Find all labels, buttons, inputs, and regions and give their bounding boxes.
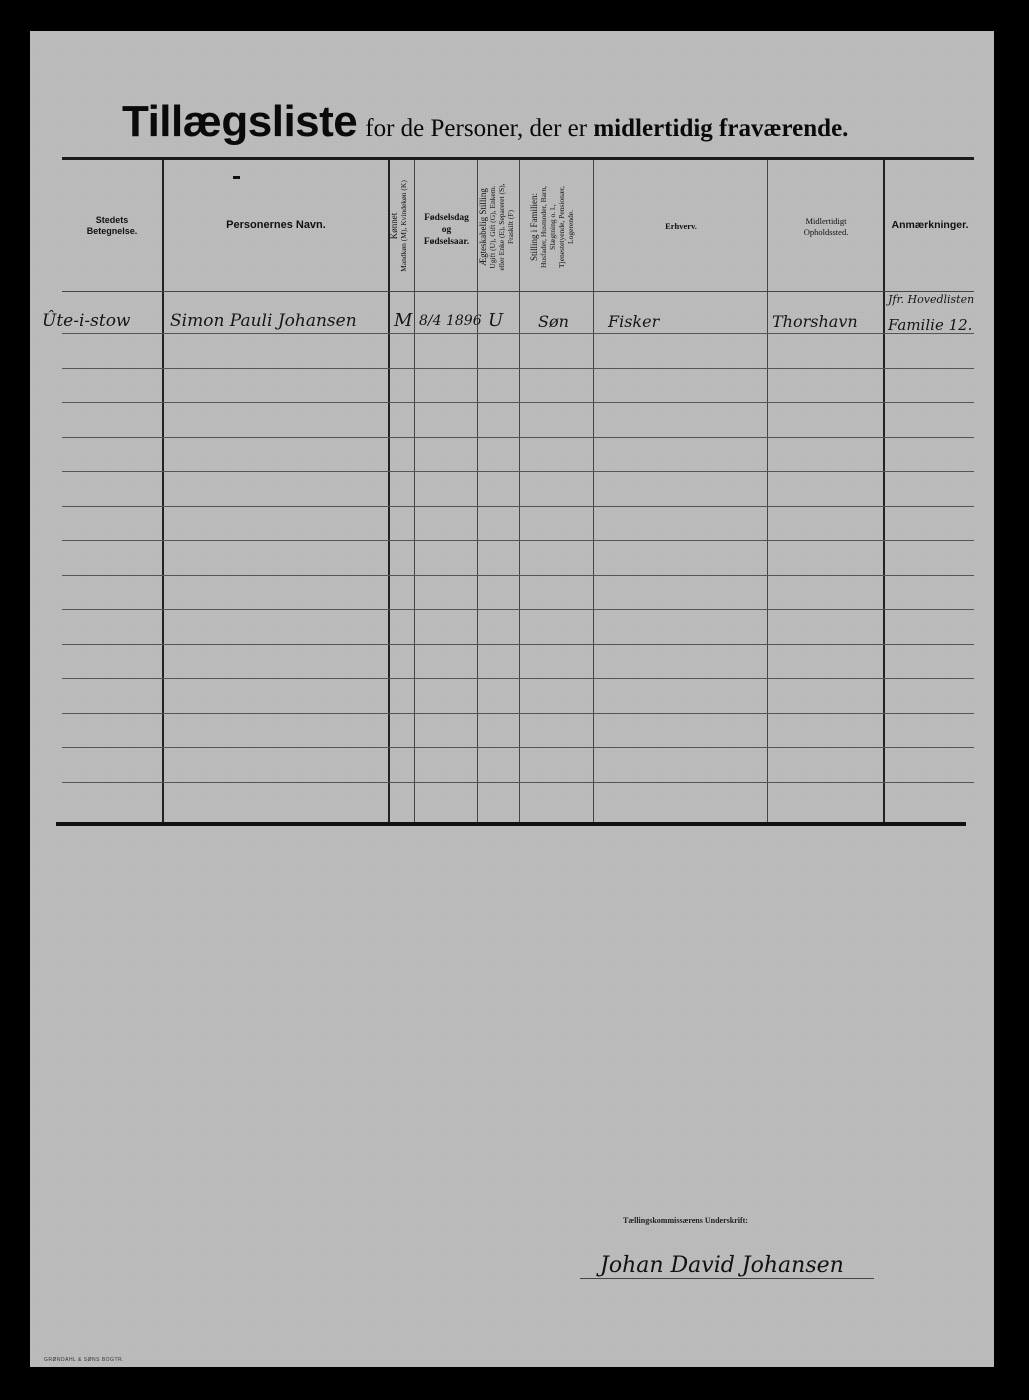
row-rule — [62, 678, 974, 679]
row-rule — [62, 540, 974, 541]
row-rule — [62, 575, 974, 576]
row-rule — [62, 333, 974, 334]
cell-erhverv: Fisker — [608, 312, 659, 331]
row-rule — [62, 713, 974, 714]
cell-stedets-betegnelse: Ûte-i-stow — [42, 311, 131, 331]
census-form-sheet: Tillægslistefor de Personer, der er midl… — [30, 31, 994, 1367]
cell-stilling-familien: Søn — [538, 312, 569, 331]
cell-personernes-navn: Simon Pauli Johansen — [170, 311, 357, 331]
row-rule — [62, 437, 974, 438]
column-divider — [593, 160, 594, 822]
table-top-rule — [62, 157, 974, 160]
printer-mark: GRØNDAHL & SØNS BOGTR. — [44, 1357, 124, 1363]
row-rule — [62, 782, 974, 783]
cell-midlertidigt-opholdssted: Thorshavn — [772, 312, 858, 331]
header-bottom-rule — [62, 291, 974, 292]
column-divider — [519, 160, 520, 822]
ink-mark — [233, 176, 240, 179]
form-title: Tillægslistefor de Personer, der er midl… — [122, 97, 848, 147]
column-divider — [162, 160, 164, 822]
enumerator-signature: Johan David Johansen — [580, 1253, 874, 1279]
row-rule — [62, 506, 974, 507]
row-rule — [62, 471, 974, 472]
cell-anmaerkninger-line1: Jfr. Hovedlisten — [888, 293, 974, 306]
table-bottom-rule — [56, 822, 966, 826]
form-title-subtitle: for de Personer, der er midlertidig frav… — [365, 115, 848, 142]
col-header-anmaerkninger: Anmærkninger. — [885, 216, 975, 236]
col-header-aegteskabelig-stilling: Ægteskabelig Stilling Ugift (U), Gift (G… — [479, 167, 519, 287]
column-divider — [414, 160, 415, 822]
row-rule — [62, 368, 974, 369]
col-header-fodselsdag: FødselsdagogFødselsaar. — [416, 201, 477, 261]
cell-aegteskabelig: U — [488, 310, 503, 331]
col-header-midlertidigt-opholdssted: MidlertidigtOpholdssted. — [769, 209, 883, 245]
col-header-stedets-betegnelse: StedetsBetegnelse. — [62, 201, 162, 251]
signature-label: Tællingskommissærens Underskrift: — [623, 1216, 748, 1225]
cell-fodselsdag: 8/4 1896 — [419, 313, 482, 329]
row-rule — [62, 644, 974, 645]
form-title-main: Tillægsliste — [122, 97, 357, 146]
col-header-stilling-i-familien: Stilling i Familien: Husfader, Husmoder,… — [530, 167, 582, 287]
cell-anmaerkninger-line2: Familie 12. — [888, 316, 972, 334]
row-rule — [62, 747, 974, 748]
cell-kjonnet: M — [394, 310, 412, 331]
col-header-personernes-navn: Personernes Navn. — [164, 211, 388, 241]
column-divider — [767, 160, 768, 822]
column-divider — [883, 160, 885, 822]
col-header-kjonnet: Kønnet Mandkøn (M), Kvindekøn (K) — [390, 166, 412, 286]
row-rule — [62, 402, 974, 403]
row-rule — [62, 609, 974, 610]
col-header-erhverv: Erhverv. — [595, 216, 767, 236]
